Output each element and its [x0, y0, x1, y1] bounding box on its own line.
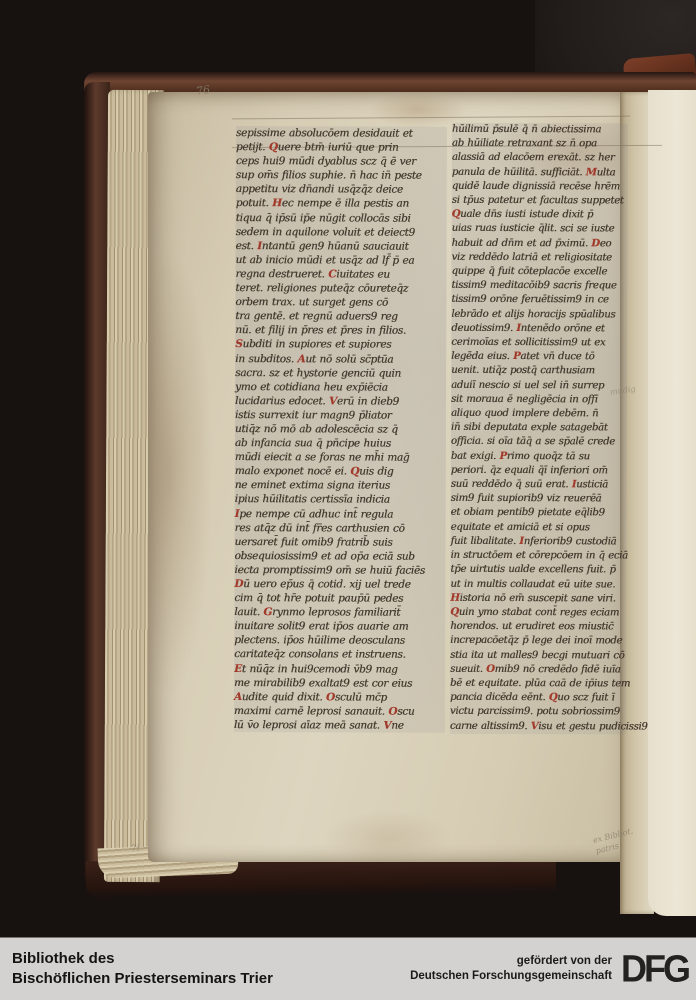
- manuscript-line: istis surrexit iur magn9 p̄liator: [235, 408, 446, 423]
- manuscript-line: stia ita ut malles9 becgi mutuari cō: [450, 648, 626, 663]
- manuscript-line: Dū uero ep̄us q̄ cotid. xij uel trede: [234, 577, 445, 592]
- manuscript-line: sueuit. Omib9 nō credēdo fidē iuīa: [450, 663, 626, 678]
- manuscript-line: quippe q̄ fuit cōteplacōe excelle: [451, 265, 627, 280]
- manuscript-line: tra gentē. et regnū aduers9 reg: [235, 309, 446, 324]
- manuscript-line: inuitare solit9 erat ip̄os auarie am: [234, 619, 445, 634]
- manuscript-line: maximi carnē leprosi sanauit. Oscu: [234, 704, 445, 719]
- rubricated-initial: Q: [450, 607, 459, 618]
- manuscript-line: ut in multis collaudat eū uite sue.: [450, 577, 626, 592]
- manuscript-line: horendos. ut erudiret eos miustic̄: [450, 620, 626, 635]
- rubricated-initial: Q: [452, 209, 461, 220]
- manuscript-line: sim9 fuit supiorib9 viz reuerēā: [451, 492, 627, 507]
- text-column-left: sepissime absolucōem desidauit etpetijt.…: [234, 126, 447, 733]
- rubricated-initial: O: [388, 705, 397, 717]
- manuscript-line: victu parcissim9. potu sobriossim9: [450, 705, 626, 720]
- text-column-right: hūilimū p̄sulē q̄ n̄ abiectissimaab hūil…: [450, 123, 628, 734]
- manuscript-digitization-photo: sepissime absolucōem desidauit etpetijt.…: [0, 0, 696, 1000]
- manuscript-line: Subditi in supiores et supiores: [235, 337, 446, 352]
- funding-credit-line2: Deutschen Forschungsgemeinschaft: [410, 969, 612, 984]
- library-name-line2: Bischöflichen Priesterseminars Trier: [12, 969, 273, 989]
- manuscript-line: quidē laude dignissiā recēse hrēm: [452, 180, 628, 195]
- funding-block: gefördert von der Deutschen Forschungsge…: [410, 948, 688, 990]
- manuscript-line: Historia nō em̄ suscepit sane viri.: [450, 592, 626, 607]
- manuscript-line: Audite quid dixit. Osculū mc̄p: [234, 690, 445, 705]
- library-name-line1: Bibliothek des: [12, 949, 273, 969]
- manuscript-line: mūdi eiecit a se foras ne mh̄i maḡ: [235, 450, 446, 465]
- manuscript-line: habuit ad dn̄m et ad p̄ximū. Deo: [452, 236, 628, 251]
- dfg-logo: DFG: [621, 947, 688, 992]
- manuscript-line: aduiī nescio si uel sel in̄ surrep: [451, 378, 627, 393]
- manuscript-line: in subditos. Aut nō solū sc̄ptūa: [235, 352, 446, 367]
- rubricated-initial: Q: [269, 141, 278, 153]
- library-attribution: Bibliothek des Bischöflichen Priestersem…: [12, 949, 273, 989]
- manuscript-line: legēda eius. Patet vn̄ duce tō: [451, 350, 627, 365]
- manuscript-line: cim q̄ tot hr̄e potuit paup̄ū pedes: [234, 591, 445, 606]
- facing-leaf: [648, 90, 696, 916]
- manuscript-line: carne altissim9. Visu et gestu pudicissi…: [450, 719, 626, 734]
- manuscript-line: tissim9 meditacōib9 sacris freque: [451, 279, 627, 294]
- manuscript-line: uenit. utiq̄z postq̄ carthusiam: [451, 364, 627, 379]
- rubricated-initial: E: [234, 663, 242, 675]
- manuscript-line: tiqua q̄ ip̄sū ip̄e nūgit collocās sibi: [236, 211, 447, 226]
- manuscript-line: cerimoīas et sollicitissim9 ut ex: [451, 336, 627, 351]
- manuscript-line: lū v̄o leprosi aīaz meā sanat. Vne: [234, 718, 445, 733]
- manuscript-line: Quin ymo stabat cont̄ reges eciam: [450, 606, 626, 621]
- manuscript-line: est. Intantū gen9 hūanū sauciauit: [236, 239, 447, 254]
- manuscript-line: ipius hūilitatis certissīa indicia: [235, 492, 446, 507]
- digitization-footer: Bibliothek des Bischöflichen Priestersem…: [0, 937, 696, 1000]
- rubricated-initial: D: [234, 578, 243, 590]
- manuscript-line: in̄ sibi deputata exple satagebāt: [451, 421, 627, 436]
- manuscript-line: sedem in aquilone voluit et deiect9: [236, 225, 447, 240]
- manuscript-line: ab infancia sua q̄ pn̄cipe huius: [235, 436, 446, 451]
- pencil-folio-number: 76: [195, 83, 211, 98]
- manuscript-line: regna destrueret. Ciuitates eu: [235, 267, 446, 282]
- manuscript-line: periori. q̄z equali q̄ī inferiori om̄: [451, 464, 627, 479]
- manuscript-line: utiq̄z nō mō ab adolescēcia sz q̄: [235, 422, 446, 437]
- manuscript-line: petijt. Quere btm̄ iuriū que prin: [236, 140, 447, 155]
- manuscript-line: orbem trax. ut surget gens cō: [235, 295, 446, 310]
- rubricated-initial: O: [486, 664, 495, 675]
- manuscript-line: deuotissim9. Intenēdo orōne et: [451, 322, 627, 337]
- rubricated-initial: C: [328, 268, 336, 280]
- manuscript-line: officia. si oīa tāq̄ a se sp̄alē crede: [451, 435, 627, 450]
- manuscript-line: lebrādo et alijs horacijs spūalibus: [451, 307, 627, 322]
- manuscript-line: malo exponet nocē ei. Quis dig: [235, 464, 446, 479]
- rubricated-initial: M: [586, 167, 597, 178]
- manuscript-line: nū. et filij in p̄res et p̄res in filios…: [235, 323, 446, 338]
- manuscript-line: res atq̄z dū int̄ fr̄es carthusien cō: [235, 521, 446, 536]
- rubricated-initial: H: [272, 198, 282, 210]
- manuscript-line: in structōem et cōrepcōem in q̄ eciā: [450, 549, 626, 564]
- manuscript-line: obsequiosissim9 et ad op̄a eciā sub: [234, 549, 445, 564]
- funding-credit-line1: gefördert von der: [410, 954, 612, 969]
- manuscript-line: plectens. ip̄os hūilime deosculans: [234, 633, 445, 648]
- rubricated-initial: D: [591, 238, 600, 249]
- manuscript-line: sacra. sz et hystorie genciū quin: [235, 366, 446, 381]
- funding-credit: gefördert von der Deutschen Forschungsge…: [410, 954, 612, 984]
- manuscript-line: suū reddēdo q̄ suū erat. Iusticiā: [451, 478, 627, 493]
- manuscript-line: caritateq̄z consolans et instruens.: [234, 648, 445, 663]
- manuscript-line: tp̄e uirtutis ualde excellens fuit. p̄: [450, 563, 626, 578]
- manuscript-line: uias ruas iusticie q̄lit. sci se iuste: [452, 222, 628, 237]
- manuscript-line: ne eminet extima signa iterius: [235, 478, 446, 493]
- manuscript-line: Quale dn̄s iusti istude dixit p̄: [452, 208, 628, 223]
- manuscript-line: aliquo quod implere debēm. n̄: [451, 407, 627, 422]
- manuscript-line: bē et equitate. plūa caā de ip̄ius tem: [450, 677, 626, 692]
- manuscript-line: Et nūq̄z in hui9cemodi v̄b9 mag: [234, 662, 445, 677]
- manuscript-line: uersaret̄ fuit omib9 fratrib̄ suis: [235, 535, 446, 550]
- manuscript-line: sit moraua ē negligēcia in offī: [451, 393, 627, 408]
- rubricated-initial: P: [499, 451, 506, 462]
- manuscript-line: Ipe nempe cū adhuc int̄ regula: [235, 507, 446, 522]
- manuscript-line: ymo et cotidiana heu exp̄iēcia: [235, 380, 446, 395]
- manuscript-line: sepissime absolucōem desidauit et: [236, 126, 447, 141]
- manuscript-line: increpacōetq̄z p̄ lege dei inoī mode: [450, 634, 626, 649]
- manuscript-line: ut ab inicio mūdi et usq̄z ad lf̄ p̄ ea: [235, 253, 446, 268]
- rubricated-initial: A: [234, 691, 242, 703]
- manuscript-line: tissim9 orōne feruētissim9 in ce: [451, 293, 627, 308]
- manuscript-line: sup om̄s filios suphie. n̄ hac in̄ peste: [236, 168, 447, 183]
- manuscript-line: si tp̄us patetur et facultas suppetet: [452, 194, 628, 209]
- manuscript-line: alassiā ad elacōem erexāt. sz her: [452, 151, 628, 166]
- manuscript-line: panula de hūilitā. sufficiāt. Multa: [452, 165, 628, 180]
- rubricated-initial: O: [326, 691, 335, 703]
- manuscript-line: fuit libalitate. Inferiorib9 custodiā: [451, 535, 627, 550]
- rubricated-initial: V: [329, 395, 337, 407]
- manuscript-line: appetitu viz dn̄andi usq̄zq̄z deice: [236, 182, 447, 197]
- manuscript-line: viz reddēdo latriā et religiositate: [451, 251, 627, 266]
- manuscript-line: lauit. Grynmo leprosos familiarit̄: [234, 605, 445, 620]
- manuscript-line: me mirabilib9 exaltat9 est cor eius: [234, 676, 445, 691]
- manuscript-line: hūilimū p̄sulē q̄ n̄ abiectissima: [452, 123, 628, 138]
- pencil-quire-mark: 7i: [131, 844, 140, 855]
- manuscript-line: ab hūiliate retraxant sz n̄ opa: [452, 137, 628, 152]
- manuscript-line: bat exigi. Primo quoq̄z tā su: [451, 449, 627, 464]
- manuscript-line: equitate et amiciā et si opus: [451, 520, 627, 535]
- manuscript-line: pancia dicēda eēnt. Quo scz fuit ī: [450, 691, 626, 706]
- manuscript-line: teret. religiones puteq̄z cōureteq̄z: [235, 281, 446, 296]
- manuscript-line: et obiam pentib9 pietate eq̄lib9: [451, 506, 627, 521]
- manuscript-line: iecta promptissim9 om̄ se huiū faciēs: [234, 563, 445, 578]
- rubricated-initial: G: [263, 606, 272, 618]
- manuscript-line: lucidarius edocet. Verū in dieb9: [235, 394, 446, 409]
- manuscript-line: potuit. Hec nempe ē illa pestis an: [236, 197, 447, 212]
- manuscript-line: ceps hui9 mūdi dyablus scz q̄ ē ver: [236, 154, 447, 169]
- rubricated-initial: H: [450, 593, 459, 604]
